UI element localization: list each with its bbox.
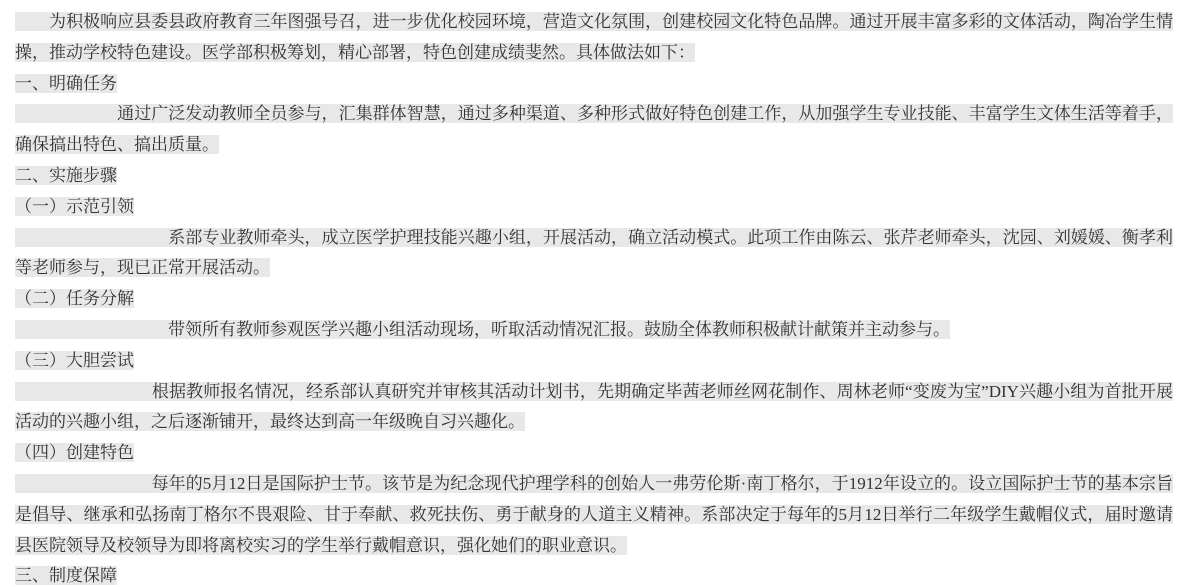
paragraph: 三、制度保障 xyxy=(15,561,1173,587)
paragraph: （三）大胆尝试 xyxy=(15,346,1173,377)
document-body[interactable]: 为积极响应县委县政府教育三年图强号召，进一步优化校园环境，营造文化氛围，创建校园… xyxy=(0,0,1186,587)
paragraph-text: 一、明确任务 xyxy=(15,74,117,93)
paragraph-text: （三）大胆尝试 xyxy=(15,351,134,370)
paragraph-text: 通过广泛发动教师全员参与，汇集群体智慧，通过多种渠道、多种形式做好特色创建工作，… xyxy=(15,104,1173,154)
paragraph-text: 带领所有教师参观医学兴趣小组活动现场，听取活动情况汇报。鼓励全体教师积极献计献策… xyxy=(15,320,950,339)
paragraph: （一）示范引领 xyxy=(15,192,1173,223)
paragraph: 为积极响应县委县政府教育三年图强号召，进一步优化校园环境，营造文化氛围，创建校园… xyxy=(15,7,1173,69)
paragraph-text: 为积极响应县委县政府教育三年图强号召，进一步优化校园环境，营造文化氛围，创建校园… xyxy=(15,12,1173,62)
paragraph-text: 根据教师报名情况，经系部认真研究并审核其活动计划书，先期确定毕茜老师丝网花制作、… xyxy=(15,382,1173,432)
paragraph: 通过广泛发动教师全员参与，汇集群体智慧，通过多种渠道、多种形式做好特色创建工作，… xyxy=(15,99,1173,161)
paragraph-text: 每年的5月12日是国际护士节。该节是为纪念现代护理学科的创始人一弗劳伦斯·南丁格… xyxy=(15,474,1173,555)
paragraph-text: 系部专业教师牵头，成立医学护理技能兴趣小组，开展活动，确立活动模式。此项工作由陈… xyxy=(15,228,1173,278)
paragraph: 每年的5月12日是国际护士节。该节是为纪念现代护理学科的创始人一弗劳伦斯·南丁格… xyxy=(15,469,1173,561)
paragraph-text: （二）任务分解 xyxy=(15,289,134,308)
paragraph-text: （一）示范引领 xyxy=(15,197,134,216)
paragraph: 一、明确任务 xyxy=(15,69,1173,100)
paragraph-text: 二、实施步骤 xyxy=(15,166,117,185)
paragraph-text: （四）创建特色 xyxy=(15,443,134,462)
paragraph: （四）创建特色 xyxy=(15,438,1173,469)
paragraph: 系部专业教师牵头，成立医学护理技能兴趣小组，开展活动，确立活动模式。此项工作由陈… xyxy=(15,223,1173,285)
paragraph: 带领所有教师参观医学兴趣小组活动现场，听取活动情况汇报。鼓励全体教师积极献计献策… xyxy=(15,315,1173,346)
paragraph-text: 三、制度保障 xyxy=(15,566,117,585)
paragraph: 根据教师报名情况，经系部认真研究并审核其活动计划书，先期确定毕茜老师丝网花制作、… xyxy=(15,377,1173,439)
paragraph: （二）任务分解 xyxy=(15,284,1173,315)
paragraph: 二、实施步骤 xyxy=(15,161,1173,192)
